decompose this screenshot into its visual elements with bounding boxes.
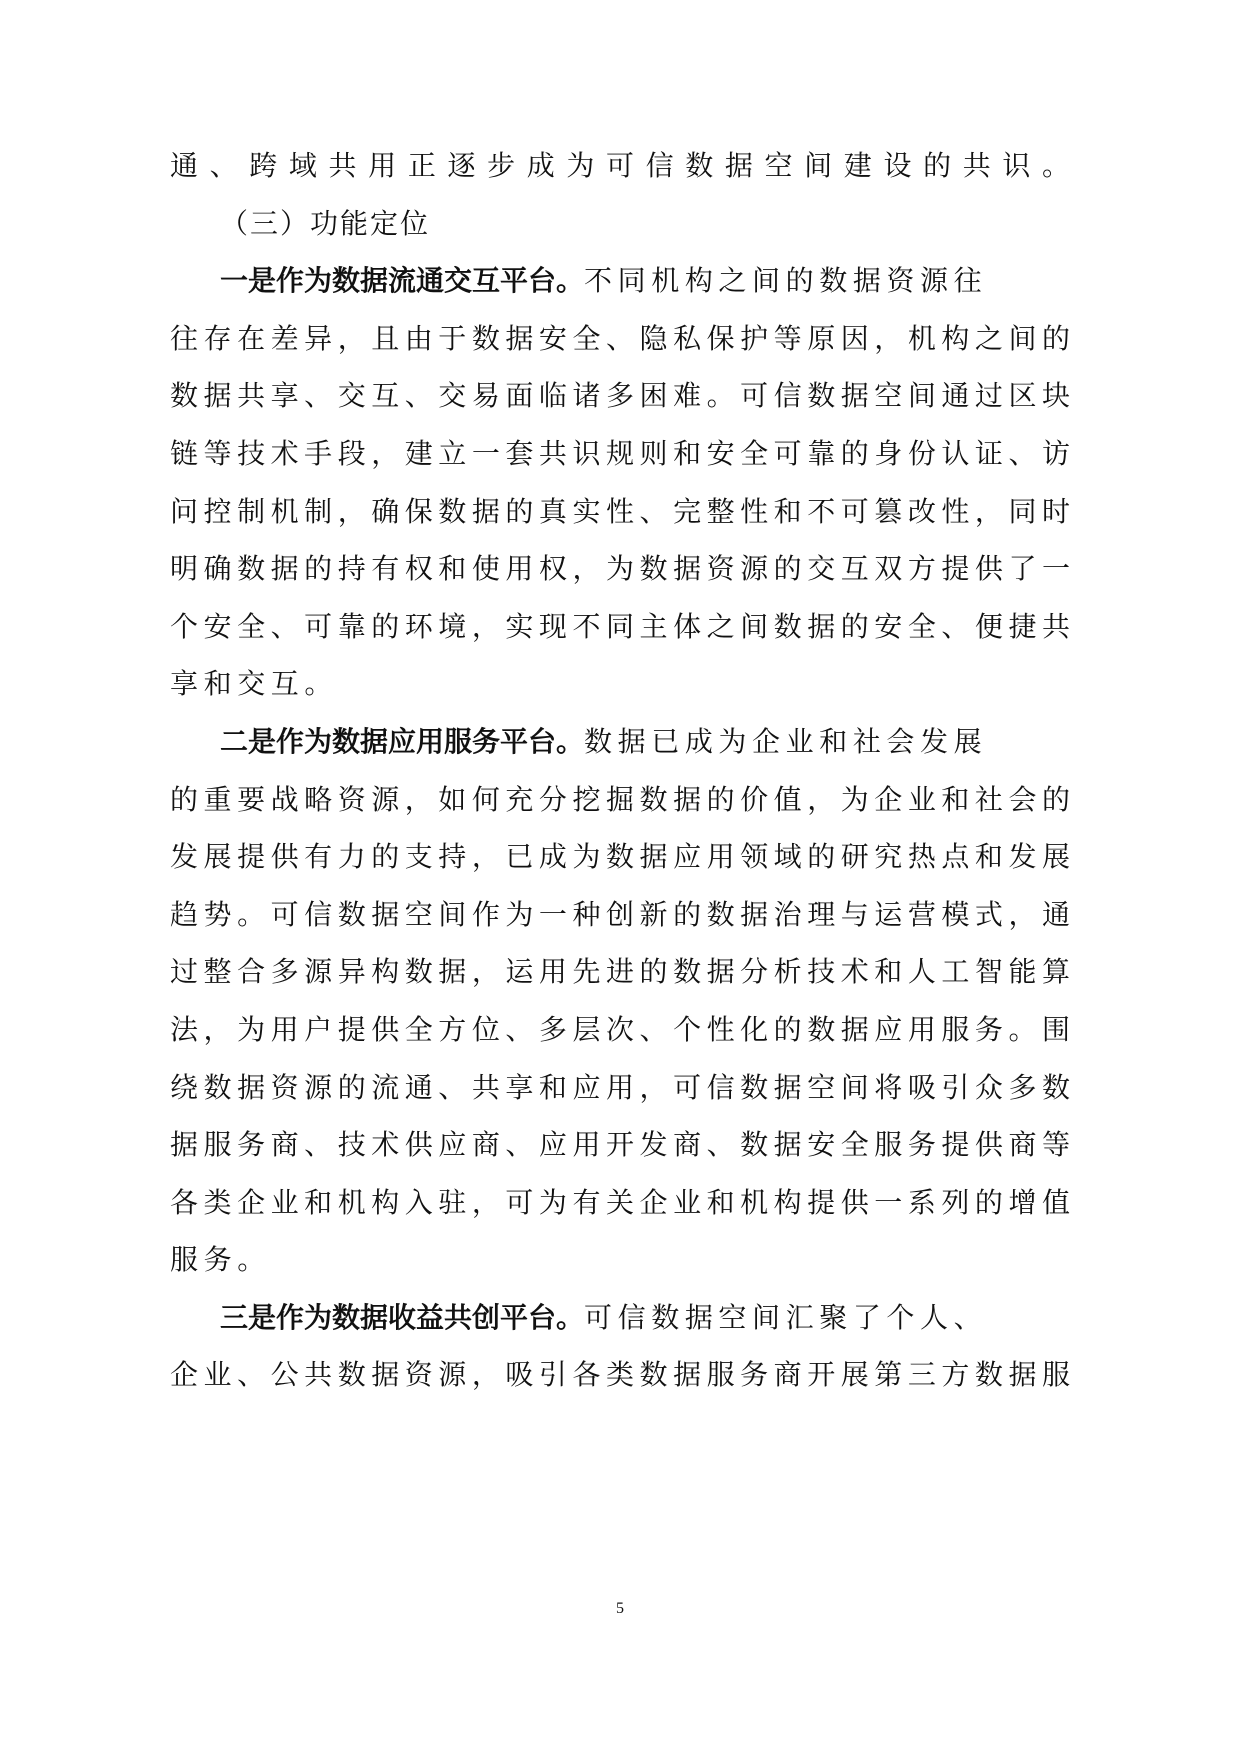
paragraph-lead: 二是作为数据应用服务平台。	[220, 725, 584, 758]
line-text: 过整合多源异构数据，运用先进的数据分析技术和人工智能算	[170, 955, 1070, 988]
paragraph-first-line: 一是作为数据流通交互平台。不同机构之间的数据资源往	[170, 252, 1070, 310]
text-line: 企业、公共数据资源，吸引各类数据服务商开展第三方数据服	[170, 1346, 1070, 1404]
text-line: 法，为用户提供全方位、多层次、个性化的数据应用服务。围	[170, 1001, 1070, 1059]
text-line: 问控制机制，确保数据的真实性、完整性和不可篡改性，同时	[170, 483, 1070, 541]
line-text: 可信数据空间汇聚了个人、	[584, 1301, 987, 1334]
text-line: 的重要战略资源，如何充分挖掘数据的价值，为企业和社会的	[170, 771, 1070, 829]
page-number: 5	[0, 1600, 1240, 1618]
line-text: 明确数据的持有权和使用权，为数据资源的交互双方提供了一	[170, 552, 1070, 585]
paragraph-lead: 三是作为数据收益共创平台。	[220, 1301, 584, 1334]
text-line: 绕数据资源的流通、共享和应用，可信数据空间将吸引众多数	[170, 1059, 1070, 1117]
line-text: 法，为用户提供全方位、多层次、个性化的数据应用服务。围	[170, 1013, 1070, 1046]
paragraph-first-line: 三是作为数据收益共创平台。可信数据空间汇聚了个人、	[170, 1289, 1070, 1347]
line-text: 数据共享、交互、交易面临诸多困难。可信数据空间通过区块	[170, 379, 1070, 412]
text-line: 发展提供有力的支持，已成为数据应用领域的研究热点和发展	[170, 828, 1070, 886]
line-text: 通、跨域共用正逐步成为可信数据空间建设的共识。	[170, 149, 1070, 182]
paragraph-first-line: 二是作为数据应用服务平台。数据已成为企业和社会发展	[170, 713, 1070, 771]
line-text: 个安全、可靠的环境，实现不同主体之间数据的安全、便捷共	[170, 610, 1070, 643]
text-line: 趋势。可信数据空间作为一种创新的数据治理与运营模式，通	[170, 886, 1070, 944]
line-text: 各类企业和机构入驻，可为有关企业和机构提供一系列的增值	[170, 1186, 1070, 1219]
line-text: 不同机构之间的数据资源往	[584, 264, 987, 297]
line-text: 据服务商、技术供应商、应用开发商、数据安全服务提供商等	[170, 1128, 1070, 1161]
section-heading: （三）功能定位	[170, 195, 1070, 253]
line-text: 发展提供有力的支持，已成为数据应用领域的研究热点和发展	[170, 840, 1070, 873]
line-text: 的重要战略资源，如何充分挖掘数据的价值，为企业和社会的	[170, 783, 1070, 816]
text-line: 明确数据的持有权和使用权，为数据资源的交互双方提供了一	[170, 540, 1070, 598]
line-text: 服务。	[170, 1243, 271, 1276]
text-line: 往存在差异，且由于数据安全、隐私保护等原因，机构之间的	[170, 310, 1070, 368]
body-text: 通、跨域共用正逐步成为可信数据空间建设的共识。 （三）功能定位 一是作为数据流通…	[170, 137, 1070, 1404]
text-line: 各类企业和机构入驻，可为有关企业和机构提供一系列的增值	[170, 1174, 1070, 1232]
line-text: 链等技术手段，建立一套共识规则和安全可靠的身份认证、访	[170, 437, 1070, 470]
text-line: 链等技术手段，建立一套共识规则和安全可靠的身份认证、访	[170, 425, 1070, 483]
line-text: 绕数据资源的流通、共享和应用，可信数据空间将吸引众多数	[170, 1071, 1070, 1104]
text-line: 通、跨域共用正逐步成为可信数据空间建设的共识。	[170, 137, 1070, 195]
text-line: 过整合多源异构数据，运用先进的数据分析技术和人工智能算	[170, 943, 1070, 1001]
line-text: 问控制机制，确保数据的真实性、完整性和不可篡改性，同时	[170, 495, 1070, 528]
heading-text: （三）功能定位	[220, 207, 430, 240]
text-line: 服务。	[170, 1231, 1070, 1289]
line-text: 往存在差异，且由于数据安全、隐私保护等原因，机构之间的	[170, 322, 1070, 355]
text-line: 数据共享、交互、交易面临诸多困难。可信数据空间通过区块	[170, 367, 1070, 425]
paragraph-lead: 一是作为数据流通交互平台。	[220, 264, 584, 297]
line-text: 数据已成为企业和社会发展	[584, 725, 987, 758]
line-text: 趋势。可信数据空间作为一种创新的数据治理与运营模式，通	[170, 898, 1070, 931]
text-line: 据服务商、技术供应商、应用开发商、数据安全服务提供商等	[170, 1116, 1070, 1174]
line-text: 享和交互。	[170, 667, 338, 700]
document-page: 通、跨域共用正逐步成为可信数据空间建设的共识。 （三）功能定位 一是作为数据流通…	[0, 0, 1240, 1754]
text-line: 个安全、可靠的环境，实现不同主体之间数据的安全、便捷共	[170, 598, 1070, 656]
line-text: 企业、公共数据资源，吸引各类数据服务商开展第三方数据服	[170, 1358, 1070, 1391]
text-line: 享和交互。	[170, 655, 1070, 713]
